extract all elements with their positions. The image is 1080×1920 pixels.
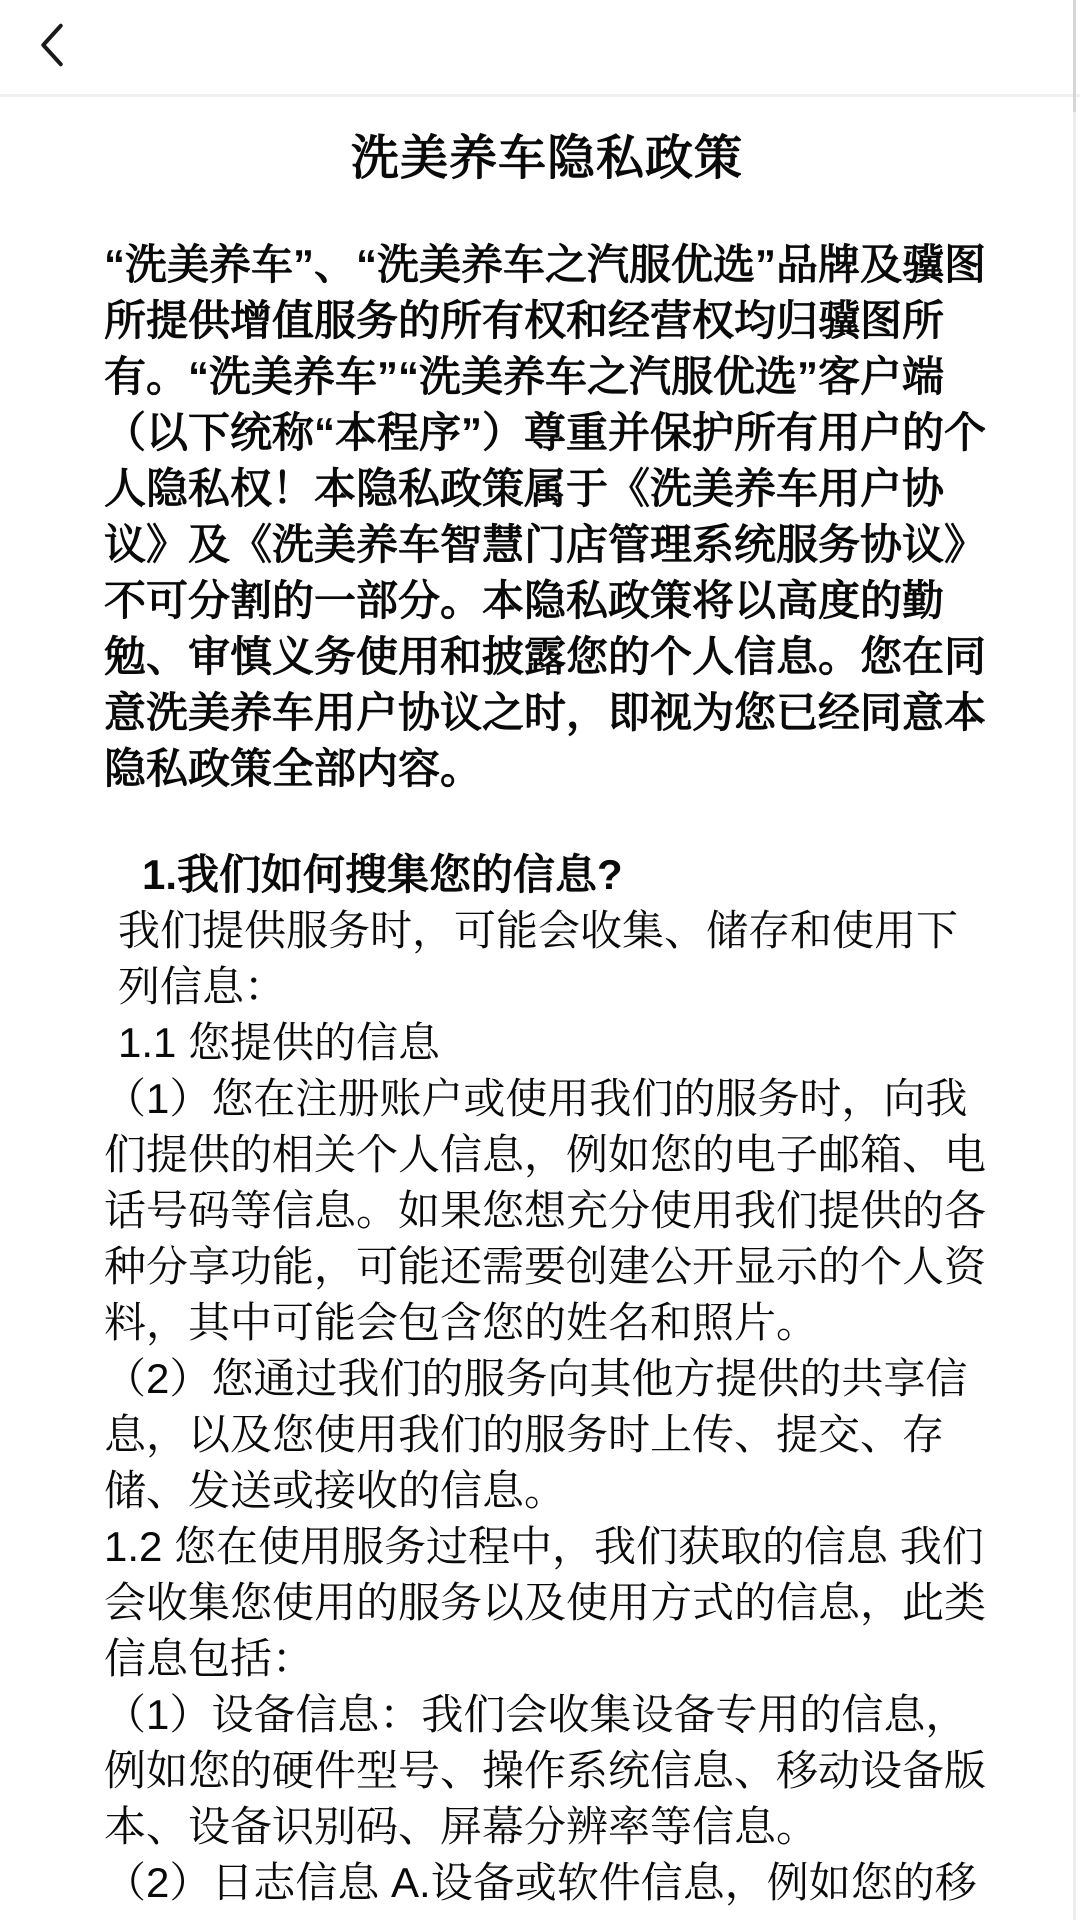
back-button[interactable] bbox=[30, 10, 94, 80]
clause-1-2-item-2: （2）日志信息 A.设备或软件信息，例如您的移 bbox=[104, 1855, 988, 1911]
scrollbar-track bbox=[1073, 0, 1076, 1920]
clause-1-2-item-1: （1）设备信息：我们会收集设备专用的信息，例如您的硬件型号、操作系统信息、移动设… bbox=[104, 1687, 988, 1855]
section-1-intro-block: 1.我们如何搜集您的信息? 我们提供服务时，可能会收集、储存和使用下列信息： 1… bbox=[104, 847, 990, 1071]
chevron-left-icon bbox=[38, 20, 86, 70]
section-1-2-heading: 1.2 您在使用服务过程中，我们获取的信息 我们会收集您使用的服务以及使用方式的… bbox=[104, 1519, 988, 1687]
section-1-heading: 1.我们如何搜集您的信息? bbox=[118, 847, 990, 903]
privacy-policy-screen: 洗美养车隐私政策 “洗美养车”、“洗美养车之汽服优选”品牌及骥图所提供增值服务的… bbox=[0, 0, 1080, 1920]
page-title: 洗美养车隐私政策 bbox=[104, 133, 990, 185]
section-1-1-heading: 1.1 您提供的信息 bbox=[118, 1015, 990, 1071]
section-1-lead: 我们提供服务时，可能会收集、储存和使用下列信息： bbox=[118, 903, 990, 1015]
clause-1-1-item-2: （2）您通过我们的服务向其他方提供的共享信息，以及您使用我们的服务时上传、提交、… bbox=[104, 1351, 988, 1519]
intro-paragraph: “洗美养车”、“洗美养车之汽服优选”品牌及骥图所提供增值服务的所有权和经营权均归… bbox=[104, 237, 988, 797]
nav-bar bbox=[0, 0, 1080, 97]
clause-1-1-item-1: （1）您在注册账户或使用我们的服务时，向我们提供的相关个人信息，例如您的电子邮箱… bbox=[104, 1071, 988, 1351]
policy-content: 洗美养车隐私政策 “洗美养车”、“洗美养车之汽服优选”品牌及骥图所提供增值服务的… bbox=[0, 133, 1080, 1911]
scrollbar-thumb[interactable] bbox=[1073, 0, 1076, 112]
